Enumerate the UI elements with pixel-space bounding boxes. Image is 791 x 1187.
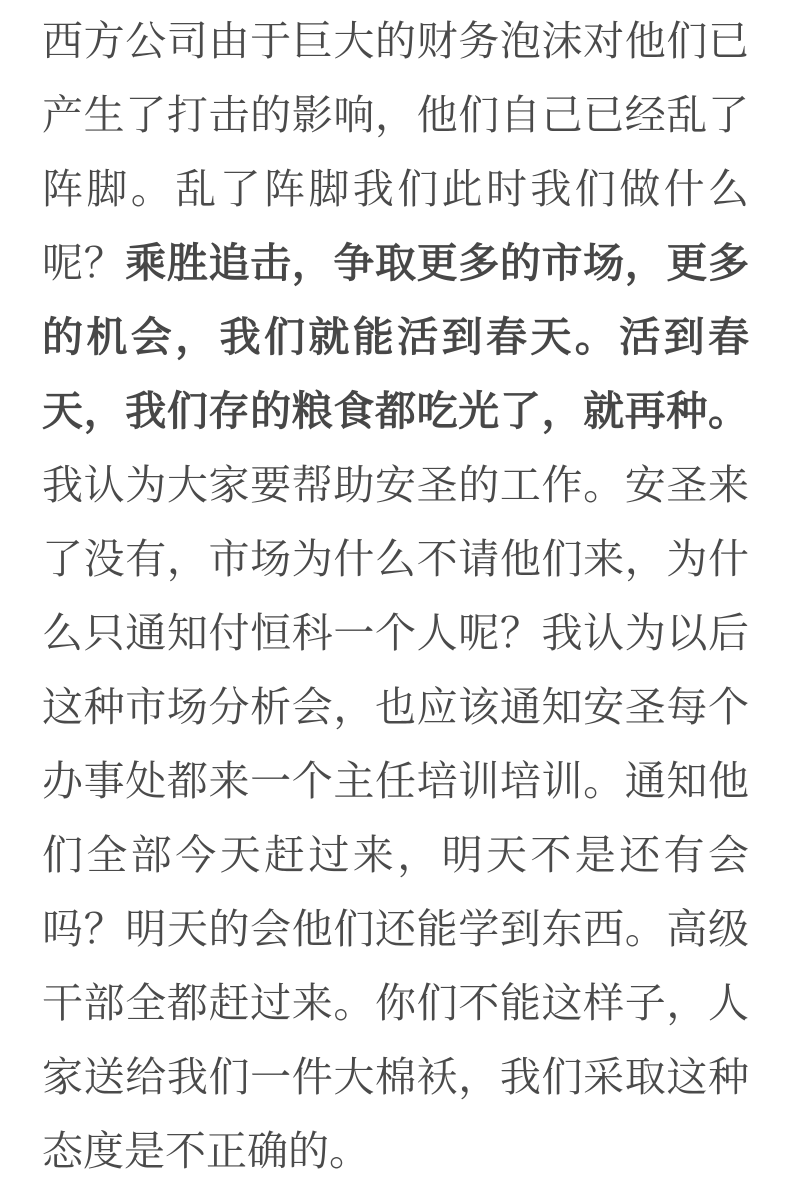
- text-segment: 态度是不正确的。: [42, 1128, 370, 1174]
- text-line: 办事处都来一个主任培训培训。通知他: [42, 744, 749, 818]
- text-line: 阵脚。乱了阵脚我们此时我们做什么: [42, 152, 749, 226]
- text-line: 吗？明天的会他们还能学到东西。高级: [42, 892, 749, 966]
- text-segment: 吗？明天的会他们还能学到东西。高级: [42, 906, 749, 952]
- text-segment: 干部全都赶过来。你们不能这样子，人: [42, 980, 749, 1026]
- text-line: 这种市场分析会，也应该通知安圣每个: [42, 670, 749, 744]
- text-line: 干部全都赶过来。你们不能这样子，人: [42, 966, 749, 1040]
- text-line: 西方公司由于巨大的财务泡沫对他们已: [42, 4, 749, 78]
- text-line: 们全部今天赶过来，明天不是还有会: [42, 818, 749, 892]
- text-line: 家送给我们一件大棉袄，我们采取这种: [42, 1040, 749, 1114]
- text-segment: 办事处都来一个主任培训培训。通知他: [42, 758, 749, 804]
- text-segment: 么只通知付恒科一个人呢？我认为以后: [42, 610, 749, 656]
- text-segment: 我认为大家要帮助安圣的工作。安圣来: [42, 462, 749, 508]
- text-segment: 阵脚。乱了阵脚我们此时我们做什么: [42, 166, 749, 212]
- text-segment: 家送给我们一件大棉袄，我们采取这种: [42, 1054, 749, 1100]
- text-line: 呢？乘胜追击，争取更多的市场，更多: [42, 226, 749, 300]
- document-page: 西方公司由于巨大的财务泡沫对他们已 产生了打击的影响，他们自己已经乱了 阵脚。乱…: [0, 0, 791, 1187]
- text-segment: 西方公司由于巨大的财务泡沫对他们已: [42, 18, 749, 64]
- text-segment: 了没有，市场为什么不请他们来，为什: [42, 536, 749, 582]
- text-line: 的机会，我们就能活到春天。活到春: [42, 300, 749, 374]
- text-segment: 呢？: [42, 240, 125, 286]
- text-line: 天，我们存的粮食都吃光了，就再种。: [42, 374, 749, 448]
- text-segment: 的机会，我们就能活到春天。活到春: [42, 314, 749, 360]
- text-segment: 们全部今天赶过来，明天不是还有会: [42, 832, 749, 878]
- text-line: 么只通知付恒科一个人呢？我认为以后: [42, 596, 749, 670]
- text-segment: 产生了打击的影响，他们自己已经乱了: [42, 92, 749, 138]
- text-segment: 乘胜追击，争取更多的市场，更多: [125, 240, 749, 286]
- text-line: 产生了打击的影响，他们自己已经乱了: [42, 78, 749, 152]
- text-line: 我认为大家要帮助安圣的工作。安圣来: [42, 448, 749, 522]
- text-line: 态度是不正确的。: [42, 1114, 749, 1187]
- text-line: 了没有，市场为什么不请他们来，为什: [42, 522, 749, 596]
- text-segment: 这种市场分析会，也应该通知安圣每个: [42, 684, 749, 730]
- text-segment: 天，我们存的粮食都吃光了，就再种。: [42, 388, 749, 434]
